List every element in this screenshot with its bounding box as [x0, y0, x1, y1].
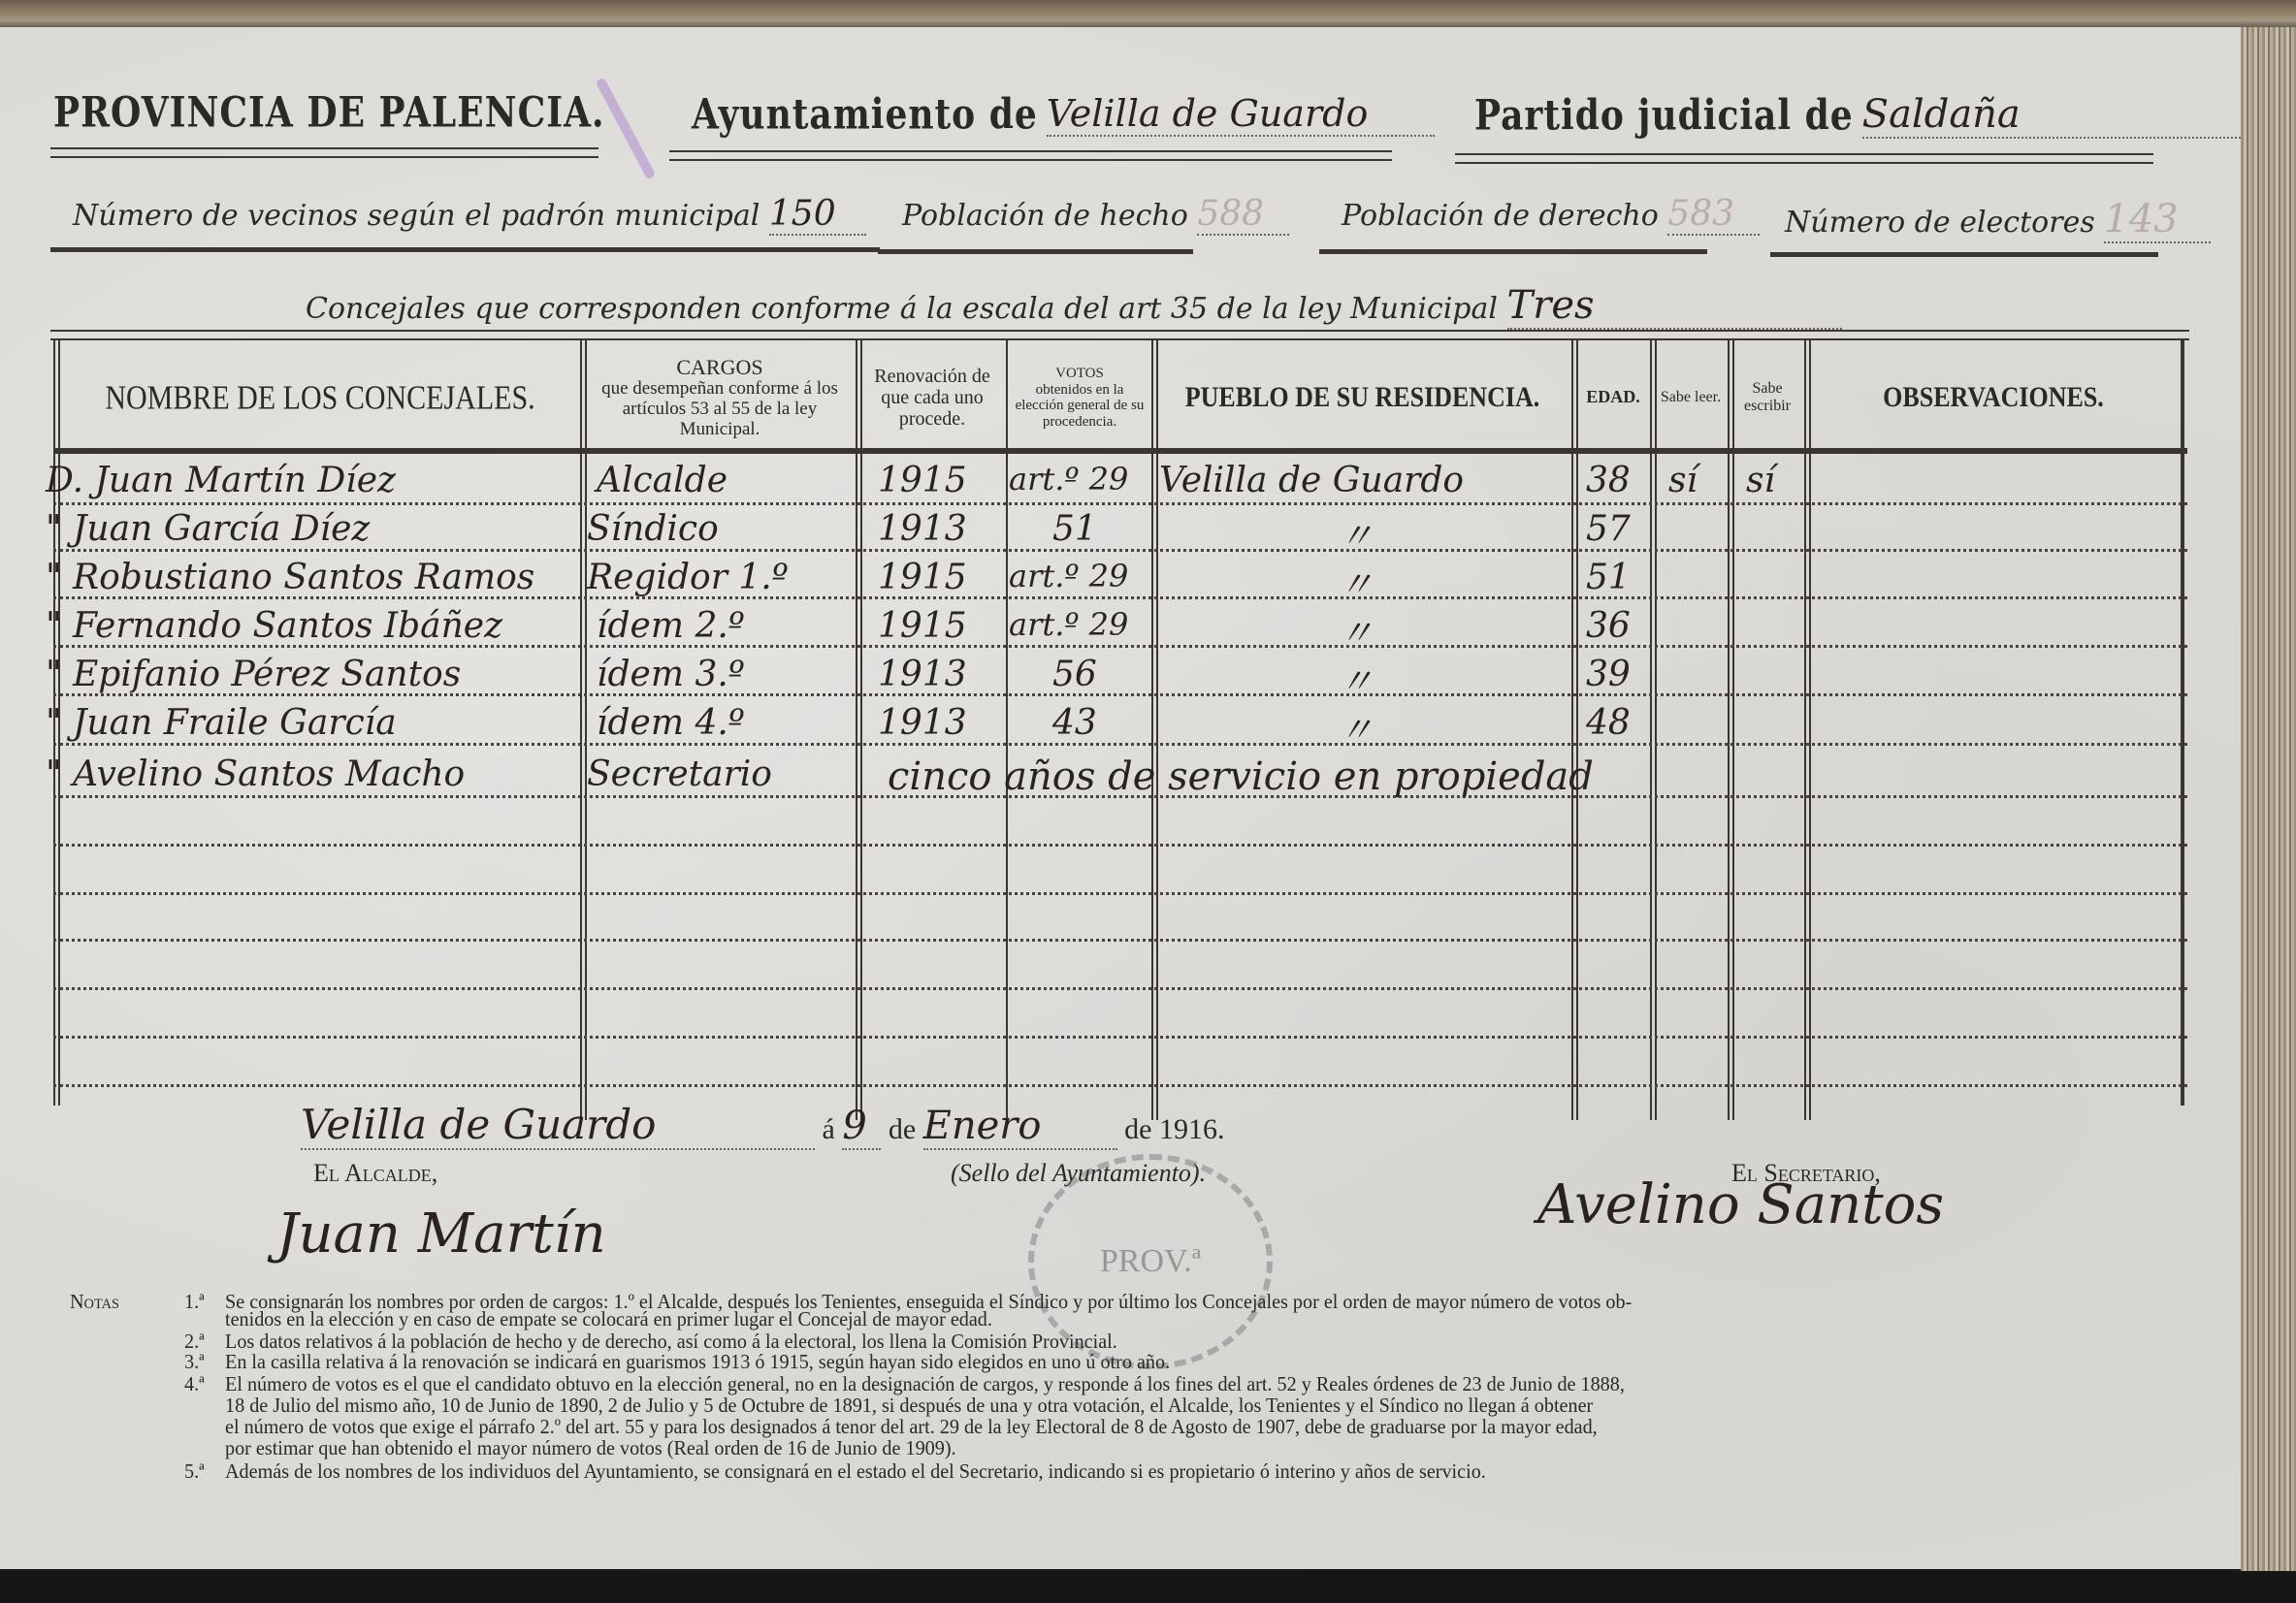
column-divider	[1804, 339, 1811, 1120]
provincia-title: PROVINCIA DE PALENCIA.	[53, 92, 605, 133]
header-edad: EDAD.	[1576, 349, 1650, 446]
book-page-edges	[2241, 27, 2296, 1579]
column-divider	[1151, 339, 1158, 1120]
row-line	[53, 743, 2187, 746]
header-votos: VOTOS obtenidos en la elección general d…	[1010, 349, 1149, 446]
electores-value: 143	[2104, 197, 2211, 243]
date-line: Velilla de Guardo á 9 de Enero de 1916.	[301, 1101, 1224, 1150]
partido-field: Partido judicial de Saldaña	[1474, 92, 2241, 139]
header-cargos: CARGOS que desempeñan conforme á los art…	[585, 349, 855, 446]
column-divider	[1571, 339, 1578, 1120]
header-nombre: NOMBRE DE LOS CONCEJALES.	[63, 342, 577, 454]
column-divider	[1006, 339, 1008, 1120]
column-divider	[856, 339, 862, 1120]
poblacion-derecho-field: Población de derecho 583	[1342, 194, 1760, 236]
electores-field: Número de electores 143	[1785, 197, 2211, 243]
row-line	[53, 892, 2187, 895]
divider	[1319, 249, 1707, 254]
header-renovacion: Renovación de que cada uno procede.	[860, 349, 1004, 446]
divider	[50, 147, 598, 158]
month-value: Enero	[923, 1104, 1117, 1150]
alcalde-signature: Juan Martín	[276, 1202, 606, 1266]
notes-label: Notas	[70, 1290, 119, 1314]
header-observaciones: OBSERVACIONES.	[1809, 342, 2178, 454]
secretario-signature: Avelino Santos	[1537, 1173, 1944, 1236]
poblacion-derecho-value: 583	[1667, 194, 1760, 236]
row-line	[53, 939, 2187, 942]
table-border	[2181, 339, 2184, 1106]
vecinos-field: Número de vecinos según el padrón munici…	[73, 194, 866, 236]
header-pueblo: PUEBLO DE SU RESIDENCIA.	[1156, 342, 1568, 454]
place-value: Velilla de Guardo	[301, 1101, 815, 1150]
row-line	[53, 502, 2187, 505]
divider	[878, 249, 1193, 254]
day-value: 9	[842, 1104, 881, 1150]
header-sabe-escribir: Sabe escribir	[1731, 349, 1803, 446]
poblacion-hecho-value: 588	[1197, 194, 1289, 236]
book-top-edge	[0, 0, 2296, 29]
divider	[50, 247, 880, 252]
divider	[669, 150, 1392, 161]
divider	[1455, 153, 2153, 164]
alcalde-label: El Alcalde,	[313, 1159, 437, 1188]
row-line	[53, 1036, 2187, 1039]
column-divider	[1728, 339, 1734, 1120]
vecinos-value: 150	[769, 194, 866, 236]
divider	[1770, 252, 2158, 257]
column-divider	[580, 339, 587, 1120]
partido-value: Saldaña	[1862, 92, 2241, 139]
row-line	[53, 549, 2187, 552]
header-sabe-leer: Sabe leer.	[1655, 349, 1727, 446]
background-bottom	[0, 1571, 2296, 1603]
concejales-value: Tres	[1507, 283, 1842, 330]
row-line	[53, 1084, 2187, 1087]
poblacion-hecho-field: Población de hecho 588	[902, 194, 1289, 236]
ayuntamiento-value: Velilla de Guardo	[1047, 92, 1435, 137]
row-line	[53, 844, 2187, 847]
column-divider	[1650, 339, 1657, 1120]
ayuntamiento-field: Ayuntamiento de Velilla de Guardo	[692, 92, 1435, 137]
row-line	[53, 987, 2187, 990]
concejales-table: NOMBRE DE LOS CONCEJALES. CARGOS que des…	[53, 339, 2187, 1106]
secretario-remark: cinco años de servicio en propiedad	[888, 754, 1594, 799]
header-rule	[53, 448, 2187, 454]
concejales-field: Concejales que corresponden conforme á l…	[306, 283, 1842, 330]
